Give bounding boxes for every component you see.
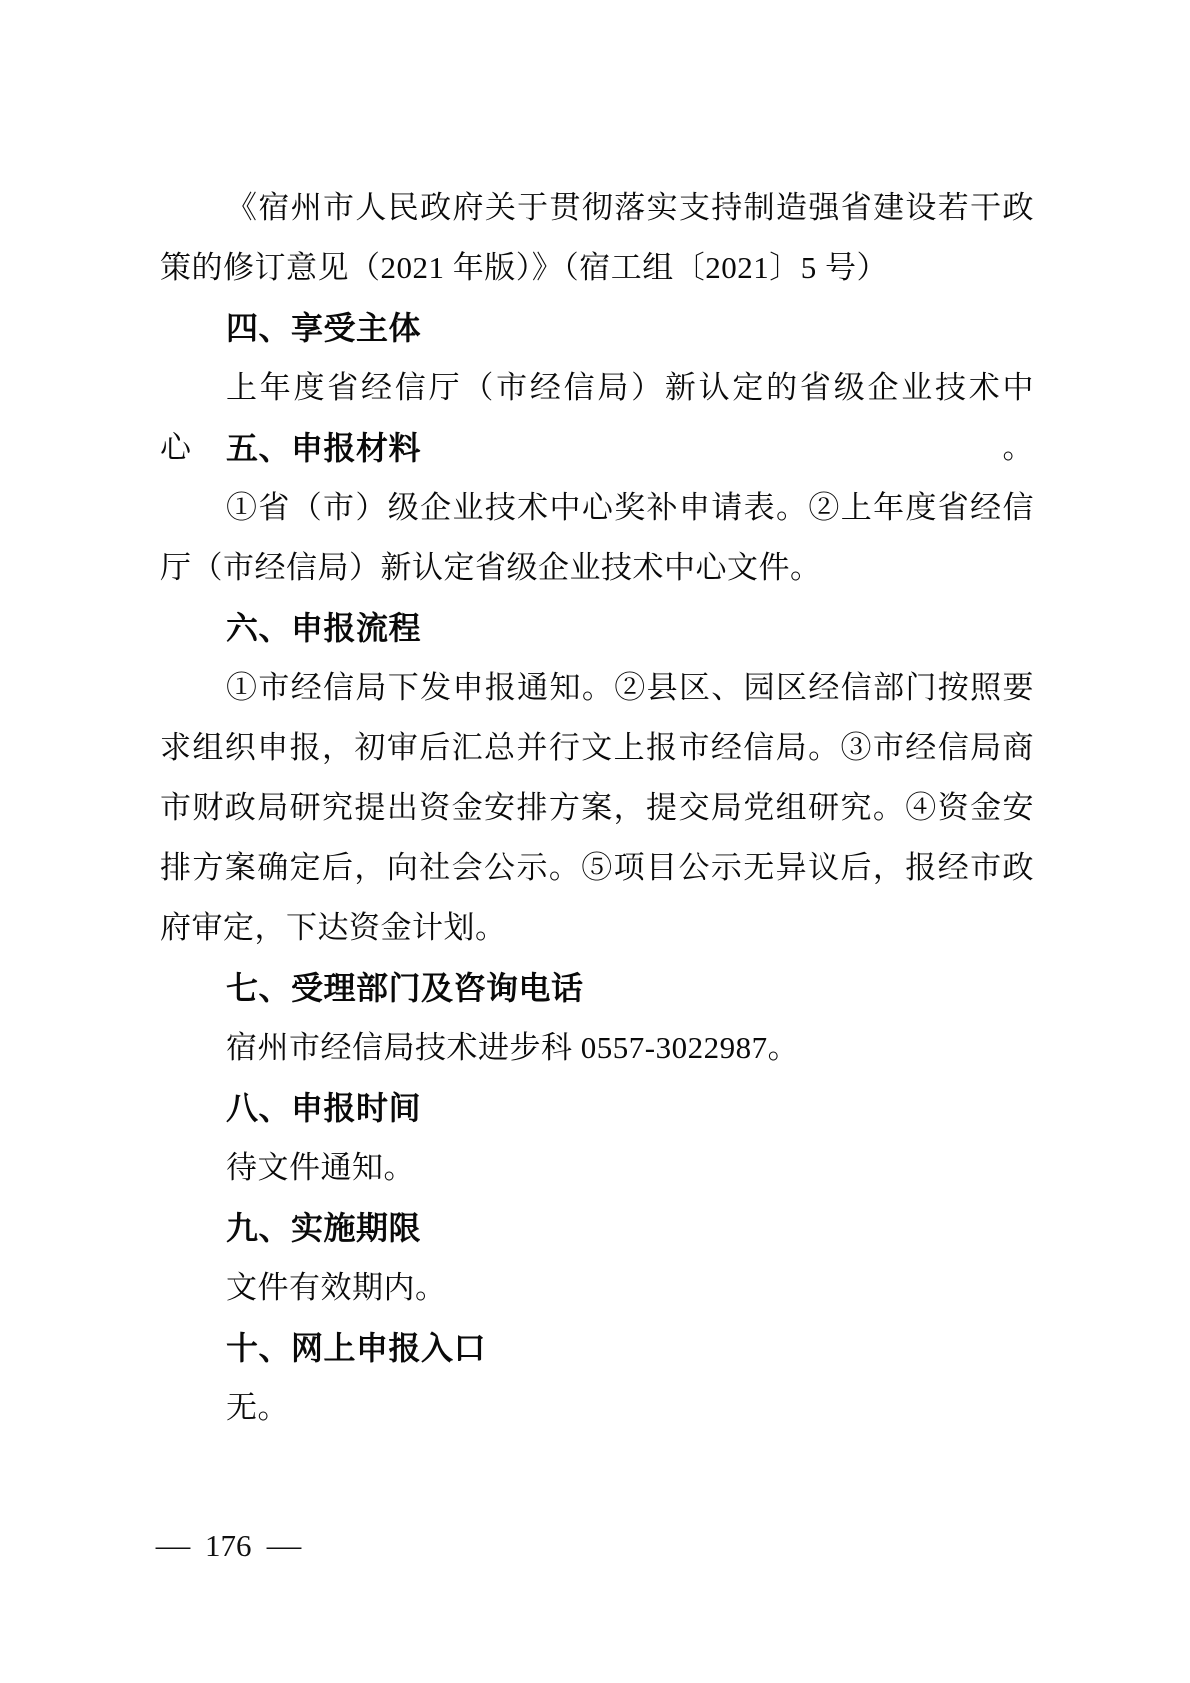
body-text-line: 策的修订意见（2021 年版）》（宿工组〔2021〕5 号）: [160, 238, 1034, 298]
section-heading: 十、网上申报入口: [160, 1318, 1034, 1378]
section-heading: 六、申报流程: [160, 598, 1034, 658]
section-heading: 七、受理部门及咨询电话: [160, 958, 1034, 1018]
body-text-line: 无。: [160, 1378, 1034, 1438]
footer-right-dash: —: [266, 1529, 301, 1563]
page-footer: — 176 —: [158, 1526, 299, 1566]
body-text-line: 宿州市经信局技术进步科 0557-3022987。: [160, 1018, 1034, 1078]
body-text-line: 待文件通知。: [160, 1138, 1034, 1198]
section-heading: 八、申报时间: [160, 1078, 1034, 1138]
page-number: 176: [205, 1528, 252, 1564]
body-text-line: 求组织申报，初审后汇总并行文上报市经信局。③市经信局商: [160, 718, 1034, 778]
body-text-line: ①市经信局下发申报通知。②县区、园区经信部门按照要: [160, 658, 1034, 718]
section-heading: 九、实施期限: [160, 1198, 1034, 1258]
document-page: 《宿州市人民政府关于贯彻落实支持制造强省建设若干政策的修订意见（2021 年版）…: [0, 0, 1190, 1683]
section-heading: 四、享受主体: [160, 298, 1034, 358]
body-text-line: 上年度省经信厅（市经信局）新认定的省级企业技术中心。: [160, 358, 1034, 418]
body-text-line: 《宿州市人民政府关于贯彻落实支持制造强省建设若干政: [160, 178, 1034, 238]
body-text-line: ①省（市）级企业技术中心奖补申请表。②上年度省经信: [160, 478, 1034, 538]
body-text-line: 厅（市经信局）新认定省级企业技术中心文件。: [160, 538, 1034, 598]
body-text-line: 市财政局研究提出资金安排方案，提交局党组研究。④资金安: [160, 778, 1034, 838]
body-text-line: 府审定，下达资金计划。: [160, 898, 1034, 958]
document-text-block: 《宿州市人民政府关于贯彻落实支持制造强省建设若干政策的修订意见（2021 年版）…: [160, 178, 1034, 1438]
body-text-line: 排方案确定后，向社会公示。⑤项目公示无异议后，报经市政: [160, 838, 1034, 898]
body-text-line: 文件有效期内。: [160, 1258, 1034, 1318]
footer-left-dash: —: [156, 1529, 191, 1563]
